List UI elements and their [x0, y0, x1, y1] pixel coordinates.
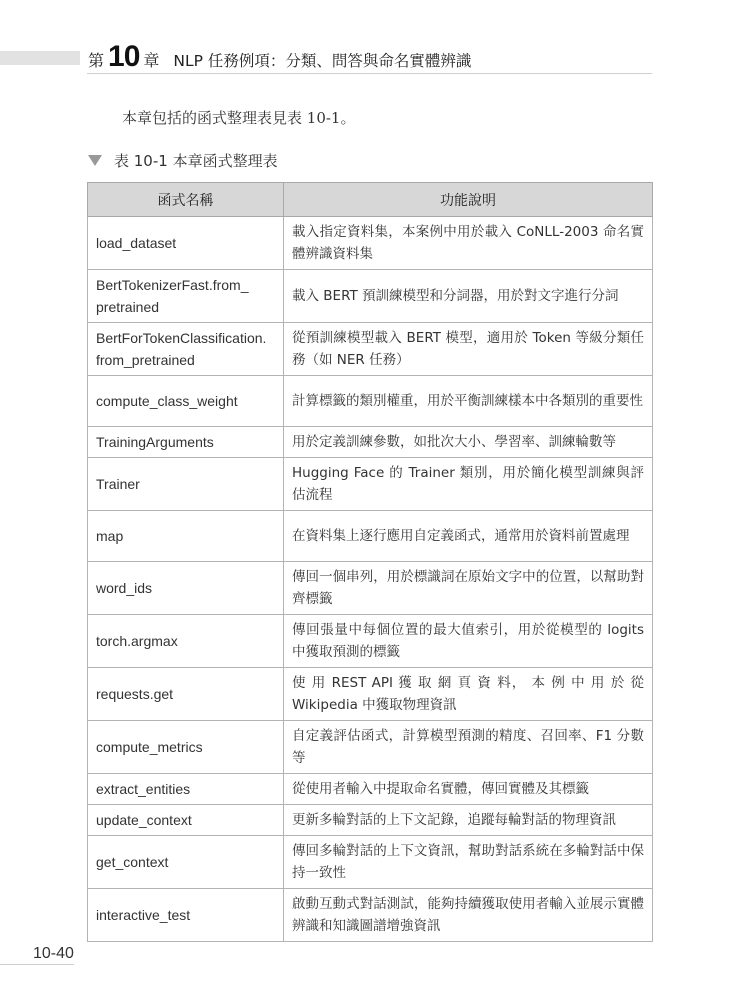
table-header-row: 函式名稱 功能說明: [88, 183, 653, 217]
function-name: get_context: [88, 836, 284, 889]
function-name: extract_entities: [88, 774, 284, 805]
chapter-number: 10: [108, 40, 139, 74]
chapter-header: 第 10 章 NLP 任務例項：分類、問答與命名實體辨識: [88, 40, 471, 70]
table-row: update_context更新多輪對話的上下文記錄，追蹤每輪對話的物理資訊: [88, 805, 653, 836]
table-row: TrainingArguments用於定義訓練參數，如批次大小、學習率、訓練輪數…: [88, 427, 653, 458]
table-row: interactive_test啟動互動式對話測試，能夠持續獲取使用者輸入並展示…: [88, 889, 653, 942]
table-row: compute_class_weight計算標籤的類別權重，用於平衡訓練樣本中各…: [88, 376, 653, 427]
function-desc: 傳回多輪對話的上下文資訊，幫助對話系統在多輪對話中保持一致性: [284, 836, 653, 889]
function-name: compute_metrics: [88, 721, 284, 774]
chapter-prefix: 第: [88, 48, 104, 71]
function-name: Trainer: [88, 458, 284, 511]
function-desc: 使 用 REST API 獲 取 網 頁 資 料， 本 例 中 用 於 從 Wi…: [284, 668, 653, 721]
header-divider: [87, 73, 652, 74]
function-name: torch.argmax: [88, 615, 284, 668]
function-desc: Hugging Face 的 Trainer 類別，用於簡化模型訓練與評估流程: [284, 458, 653, 511]
table-row: load_dataset載入指定資料集，本案例中用於載入 CoNLL-2003 …: [88, 217, 653, 270]
function-desc: 用於定義訓練參數，如批次大小、學習率、訓練輪數等: [284, 427, 653, 458]
column-header-desc: 功能說明: [284, 183, 653, 217]
function-name: load_dataset: [88, 217, 284, 270]
function-desc: 從使用者輸入中提取命名實體，傳回實體及其標籤: [284, 774, 653, 805]
table-row: BertForTokenClassification. from_pretrai…: [88, 323, 653, 376]
function-desc: 在資料集上逐行應用自定義函式，通常用於資料前置處理: [284, 511, 653, 562]
table-row: BertTokenizerFast.from_ pretrained載入 BER…: [88, 270, 653, 323]
chapter-suffix: 章: [143, 48, 159, 71]
table-row: word_ids傳回一個串列，用於標識詞在原始文字中的位置，以幫助對齊標籤: [88, 562, 653, 615]
column-header-name: 函式名稱: [88, 183, 284, 217]
function-name: interactive_test: [88, 889, 284, 942]
table-row: requests.get使 用 REST API 獲 取 網 頁 資 料， 本 …: [88, 668, 653, 721]
function-desc: 自定義評估函式，計算模型預測的精度、召回率、F1 分數等: [284, 721, 653, 774]
table-row: map在資料集上逐行應用自定義函式，通常用於資料前置處理: [88, 511, 653, 562]
function-desc: 載入指定資料集，本案例中用於載入 CoNLL-2003 命名實體辨識資料集: [284, 217, 653, 270]
table-row: extract_entities從使用者輸入中提取命名實體，傳回實體及其標籤: [88, 774, 653, 805]
function-name: BertTokenizerFast.from_ pretrained: [88, 270, 284, 323]
function-desc: 啟動互動式對話測試，能夠持續獲取使用者輸入並展示實體辨識和知識圖譜增強資訊: [284, 889, 653, 942]
table-caption: 表 10-1 本章函式整理表: [88, 150, 278, 171]
function-desc: 計算標籤的類別權重，用於平衡訓練樣本中各類別的重要性: [284, 376, 653, 427]
header-decor-bar: [0, 51, 80, 65]
function-name: word_ids: [88, 562, 284, 615]
intro-paragraph: 本章包括的函式整理表見表 10-1。: [122, 107, 355, 128]
function-table: 函式名稱 功能說明 load_dataset載入指定資料集，本案例中用於載入 C…: [87, 182, 653, 942]
page-number: 10-40: [33, 945, 74, 963]
function-desc: 傳回一個串列，用於標識詞在原始文字中的位置，以幫助對齊標籤: [284, 562, 653, 615]
function-name: BertForTokenClassification. from_pretrai…: [88, 323, 284, 376]
function-desc: 載入 BERT 預訓練模型和分詞器，用於對文字進行分詞: [284, 270, 653, 323]
table-caption-text: 表 10-1 本章函式整理表: [114, 150, 278, 171]
table-row: get_context傳回多輪對話的上下文資訊，幫助對話系統在多輪對話中保持一致…: [88, 836, 653, 889]
table-row: torch.argmax傳回張量中每個位置的最大值索引，用於從模型的 logit…: [88, 615, 653, 668]
function-desc: 傳回張量中每個位置的最大值索引，用於從模型的 logits 中獲取預測的標籤: [284, 615, 653, 668]
chapter-title: NLP 任務例項：分類、問答與命名實體辨識: [173, 49, 471, 71]
function-name: TrainingArguments: [88, 427, 284, 458]
table-row: TrainerHugging Face 的 Trainer 類別，用於簡化模型訓…: [88, 458, 653, 511]
function-name: update_context: [88, 805, 284, 836]
footer-divider: [0, 964, 74, 965]
function-name: requests.get: [88, 668, 284, 721]
function-desc: 更新多輪對話的上下文記錄，追蹤每輪對話的物理資訊: [284, 805, 653, 836]
table-row: compute_metrics自定義評估函式，計算模型預測的精度、召回率、F1 …: [88, 721, 653, 774]
function-name: map: [88, 511, 284, 562]
function-desc: 從預訓練模型載入 BERT 模型，適用於 Token 等級分類任務（如 NER …: [284, 323, 653, 376]
triangle-down-icon: [88, 155, 102, 166]
function-name: compute_class_weight: [88, 376, 284, 427]
